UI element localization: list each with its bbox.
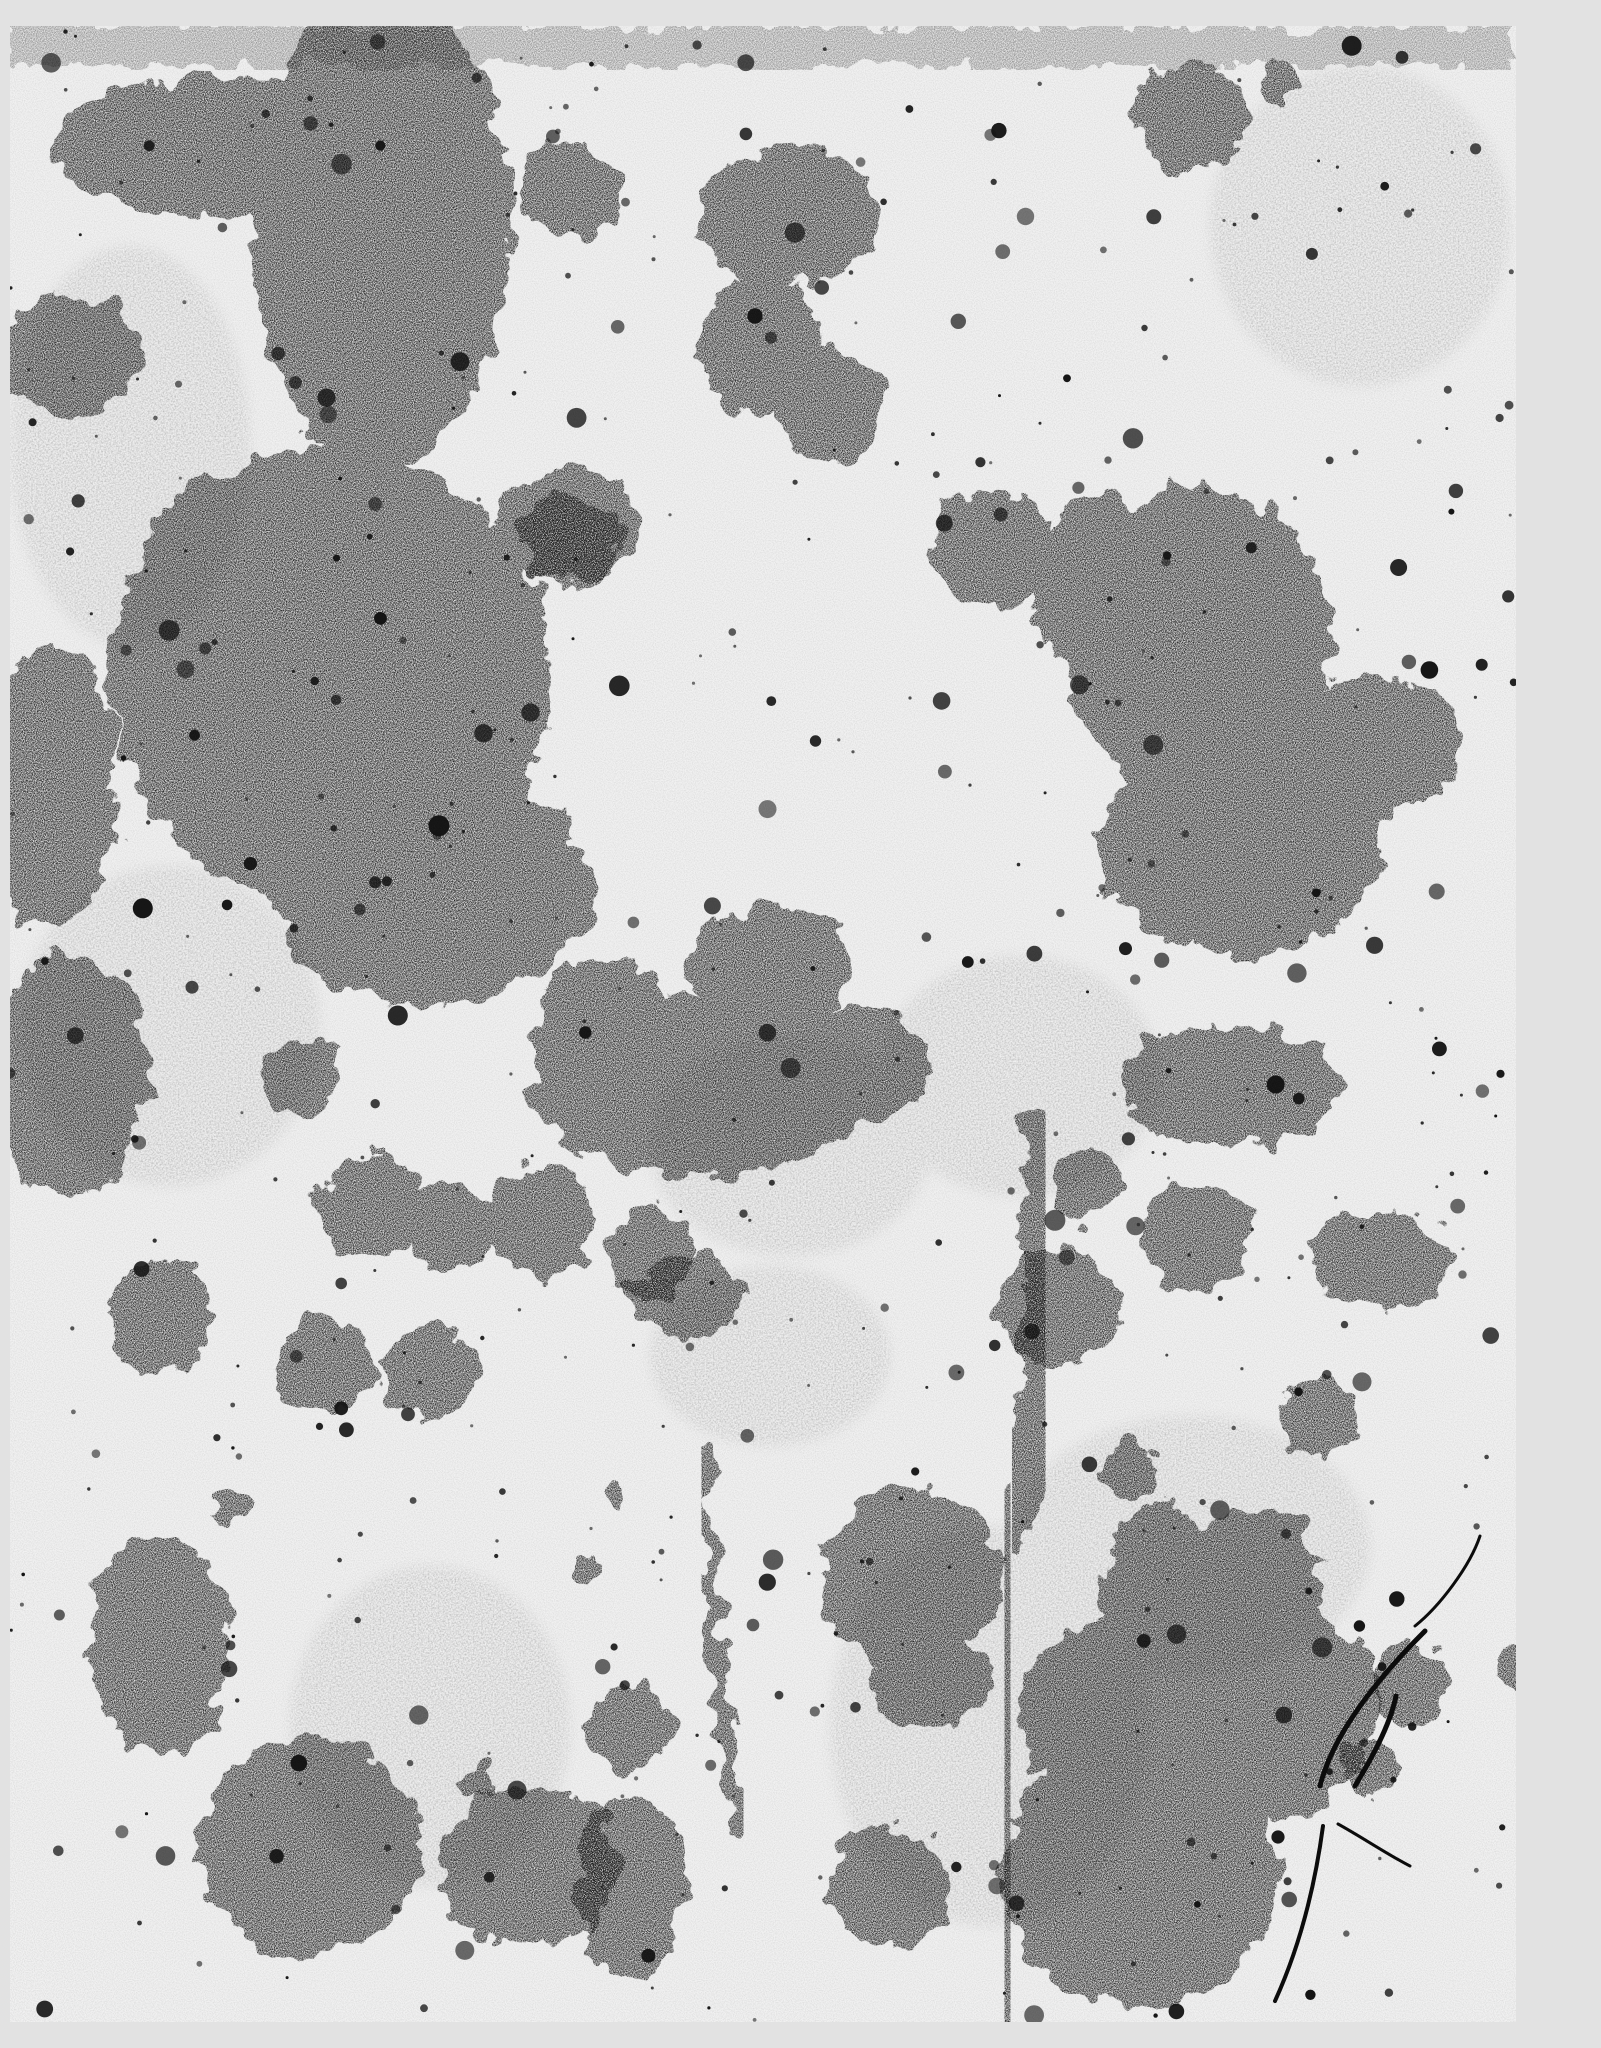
micrograph-plate <box>10 26 1516 2022</box>
micrograph-image <box>10 26 1516 2022</box>
scan-edge-streak <box>10 26 1516 66</box>
scanned-page <box>0 0 1601 2048</box>
photocopy-grain <box>10 26 1516 2022</box>
